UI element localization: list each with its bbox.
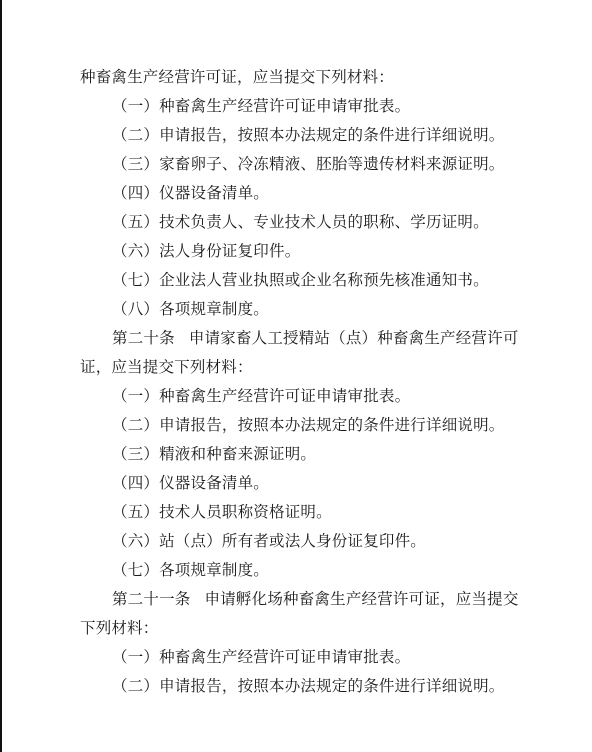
article-text: 申请家畜人工授精站（点）种畜禽生产经营许可 <box>189 329 519 347</box>
continuation-line: 下列材料： <box>80 614 530 643</box>
list-item: （一）种畜禽生产经营许可证申请审批表。 <box>80 382 530 411</box>
list-item: （五）技术人员职称资格证明。 <box>80 498 530 527</box>
list-item: （二）申请报告，按照本办法规定的条件进行详细说明。 <box>80 411 530 440</box>
article-heading: 第二十条申请家畜人工授精站（点）种畜禽生产经营许可 <box>80 324 530 353</box>
continuation-line: 种畜禽生产经营许可证，应当提交下列材料： <box>80 63 530 92</box>
list-item: （五）技术负责人、专业技术人员的职称、学历证明。 <box>80 208 530 237</box>
article-number: 第二十条 <box>112 329 175 347</box>
list-item: （二）申请报告，按照本办法规定的条件进行详细说明。 <box>80 121 530 150</box>
list-item: （二）申请报告，按照本办法规定的条件进行详细说明。 <box>80 672 530 701</box>
article-text: 申请孵化场种畜禽生产经营许可证，应当提交 <box>205 590 519 608</box>
list-item: （七）企业法人营业执照或企业名称预先核准通知书。 <box>80 266 530 295</box>
list-item: （六）法人身份证复印件。 <box>80 237 530 266</box>
continuation-line: 证，应当提交下列材料： <box>80 353 530 382</box>
list-item: （六）站（点）所有者或法人身份证复印件。 <box>80 527 530 556</box>
list-item: （一）种畜禽生产经营许可证申请审批表。 <box>80 92 530 121</box>
list-item: （八）各项规章制度。 <box>80 295 530 324</box>
article-heading: 第二十一条申请孵化场种畜禽生产经营许可证，应当提交 <box>80 585 530 614</box>
list-item: （四）仪器设备清单。 <box>80 179 530 208</box>
list-item: （一）种畜禽生产经营许可证申请审批表。 <box>80 643 530 672</box>
list-item: （七）各项规章制度。 <box>80 556 530 585</box>
document-page: 种畜禽生产经营许可证，应当提交下列材料： （一）种畜禽生产经营许可证申请审批表。… <box>80 63 530 701</box>
article-number: 第二十一条 <box>112 590 191 608</box>
list-item: （四）仪器设备清单。 <box>80 469 530 498</box>
list-item: （三）家畜卵子、冷冻精液、胚胎等遗传材料来源证明。 <box>80 150 530 179</box>
list-item: （三）精液和种畜来源证明。 <box>80 440 530 469</box>
page-left-border <box>0 0 2 752</box>
